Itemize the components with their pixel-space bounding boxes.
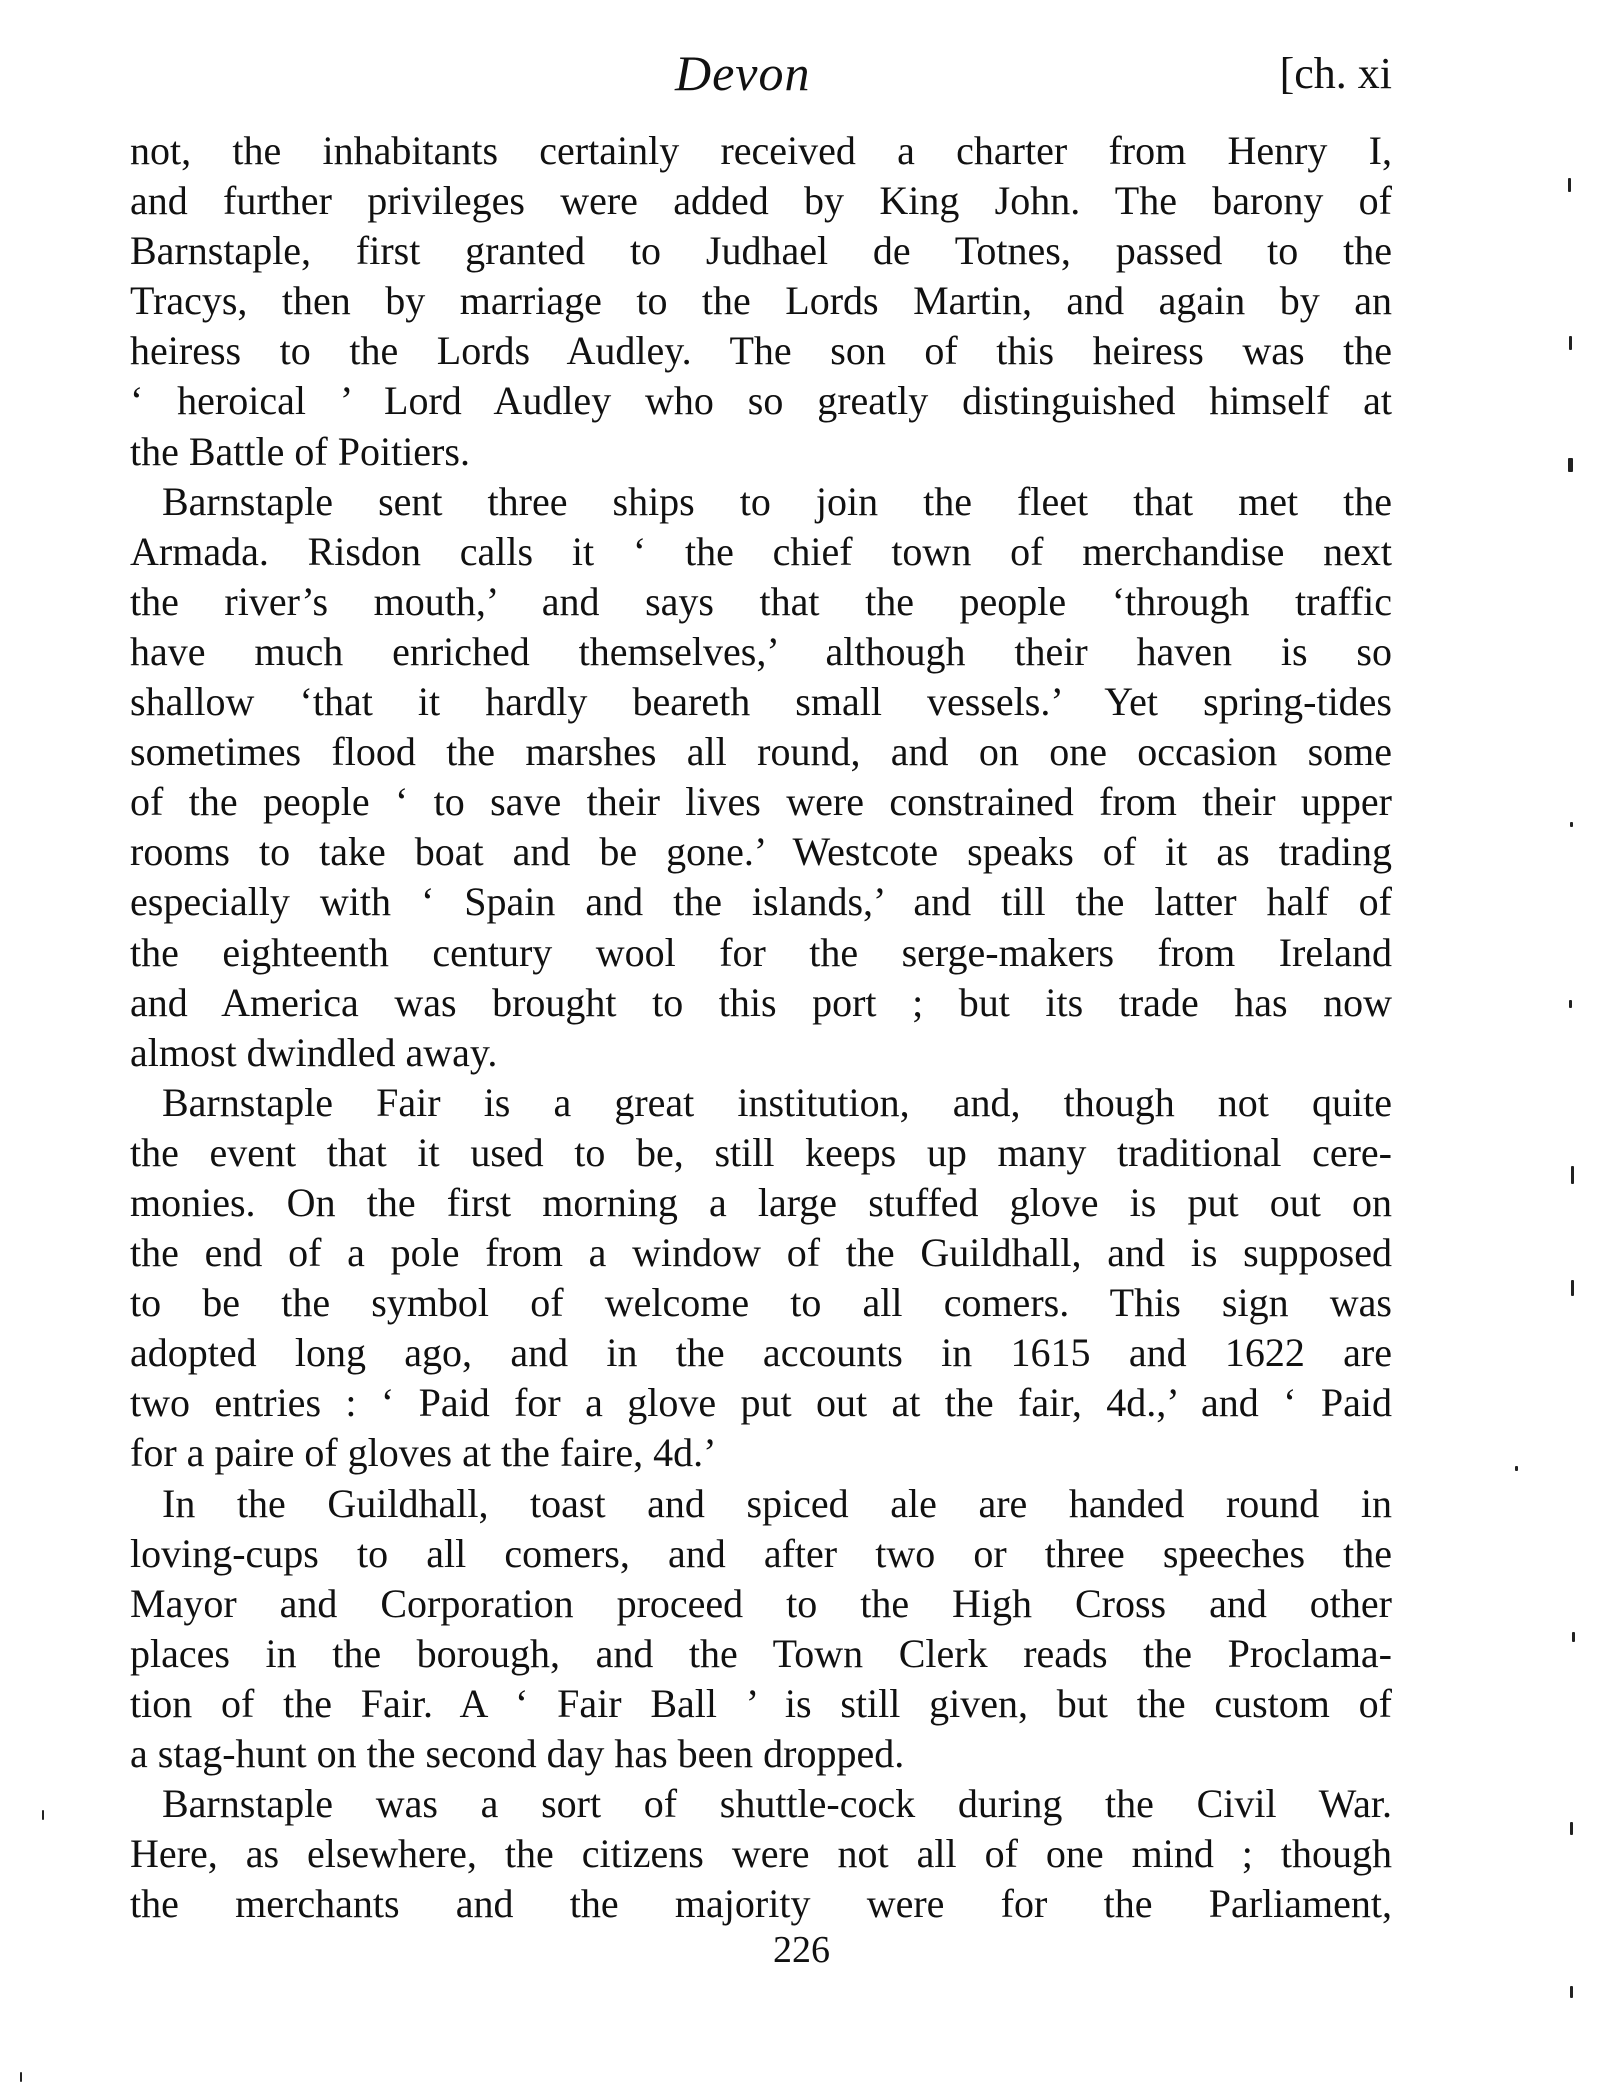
text-line: especially with ‘ Spain and the islands,… (130, 877, 1392, 927)
text-line: ‘ heroical ’ Lord Audley who so greatly … (130, 376, 1392, 426)
text-line: the merchants and the majority were for … (130, 1879, 1392, 1929)
chapter-reference: [ch. xi (1280, 48, 1392, 99)
text-line: sometimes flood the marshes all round, a… (130, 727, 1392, 777)
scan-speck (1515, 1466, 1518, 1471)
text-line: Mayor and Corporation proceed to the Hig… (130, 1579, 1392, 1629)
text-line: the river’s mouth,’ and says that the pe… (130, 577, 1392, 627)
scan-speck (1571, 1280, 1574, 1296)
text-line: heiress to the Lords Audley. The son of … (130, 326, 1392, 376)
text-line: Armada. Risdon calls it ‘ the chief town… (130, 527, 1392, 577)
text-line: to be the symbol of welcome to all comer… (130, 1278, 1392, 1328)
paragraph-4: In the Guildhall, toast and spiced ale a… (130, 1479, 1392, 1780)
running-title: Devon (675, 44, 811, 102)
body-text: not, the inhabitants certainly received … (130, 126, 1392, 1929)
page-number: 226 (0, 1928, 1603, 1972)
paragraph-1: not, the inhabitants certainly received … (130, 126, 1392, 477)
text-line: two entries : ‘ Paid for a glove put out… (130, 1378, 1392, 1428)
scan-speck (1569, 336, 1572, 350)
text-line: shallow ‘that it hardly beareth small ve… (130, 677, 1392, 727)
text-line: adopted long ago, and in the accounts in… (130, 1328, 1392, 1378)
text-line: and America was brought to this port ; b… (130, 978, 1392, 1028)
text-line: Barnstaple Fair is a great institution, … (130, 1078, 1392, 1128)
scan-speck (20, 2072, 22, 2082)
scan-speck (1568, 458, 1573, 472)
text-line: places in the borough, and the Town Cler… (130, 1629, 1392, 1679)
text-line: Barnstaple, first granted to Judhael de … (130, 226, 1392, 276)
text-line: of the people ‘ to save their lives were… (130, 777, 1392, 827)
text-line: tion of the Fair. A ‘ Fair Ball ’ is sti… (130, 1679, 1392, 1729)
text-line: Barnstaple sent three ships to join the … (130, 477, 1392, 527)
text-line: the end of a pole from a window of the G… (130, 1228, 1392, 1278)
text-line: loving-cups to all comers, and after two… (130, 1529, 1392, 1579)
text-line: In the Guildhall, toast and spiced ale a… (130, 1479, 1392, 1529)
text-line: and further privileges were added by Kin… (130, 176, 1392, 226)
text-line: monies. On the first morning a large stu… (130, 1178, 1392, 1228)
scan-speck (1572, 1632, 1575, 1642)
text-line: Tracys, then by marriage to the Lords Ma… (130, 276, 1392, 326)
text-line: almost dwindled away. (130, 1028, 1392, 1078)
scan-speck (1570, 822, 1573, 827)
text-line: the eighteenth century wool for the serg… (130, 928, 1392, 978)
scan-speck (1569, 1000, 1572, 1008)
page-header: Devon [ch. xi (130, 44, 1392, 114)
text-line: have much enriched themselves,’ although… (130, 627, 1392, 677)
text-line: not, the inhabitants certainly received … (130, 126, 1392, 176)
paragraph-2: Barnstaple sent three ships to join the … (130, 477, 1392, 1078)
paragraph-3: Barnstaple Fair is a great institution, … (130, 1078, 1392, 1479)
scan-speck (1568, 178, 1571, 192)
text-line: Barnstaple was a sort of shuttle-cock du… (130, 1779, 1392, 1829)
text-line: a stag-hunt on the second day has been d… (130, 1729, 1392, 1779)
scan-speck (1571, 1166, 1574, 1184)
scan-speck (1570, 1986, 1573, 1998)
scan-speck (42, 1810, 44, 1820)
text-line: the event that it used to be, still keep… (130, 1128, 1392, 1178)
text-line: Here, as elsewhere, the citizens were no… (130, 1829, 1392, 1879)
paragraph-5: Barnstaple was a sort of shuttle-cock du… (130, 1779, 1392, 1929)
text-line: for a paire of gloves at the faire, 4d.’ (130, 1428, 1392, 1478)
scan-speck (1570, 1822, 1573, 1835)
text-line: the Battle of Poitiers. (130, 427, 1392, 477)
text-line: rooms to take boat and be gone.’ Westcot… (130, 827, 1392, 877)
